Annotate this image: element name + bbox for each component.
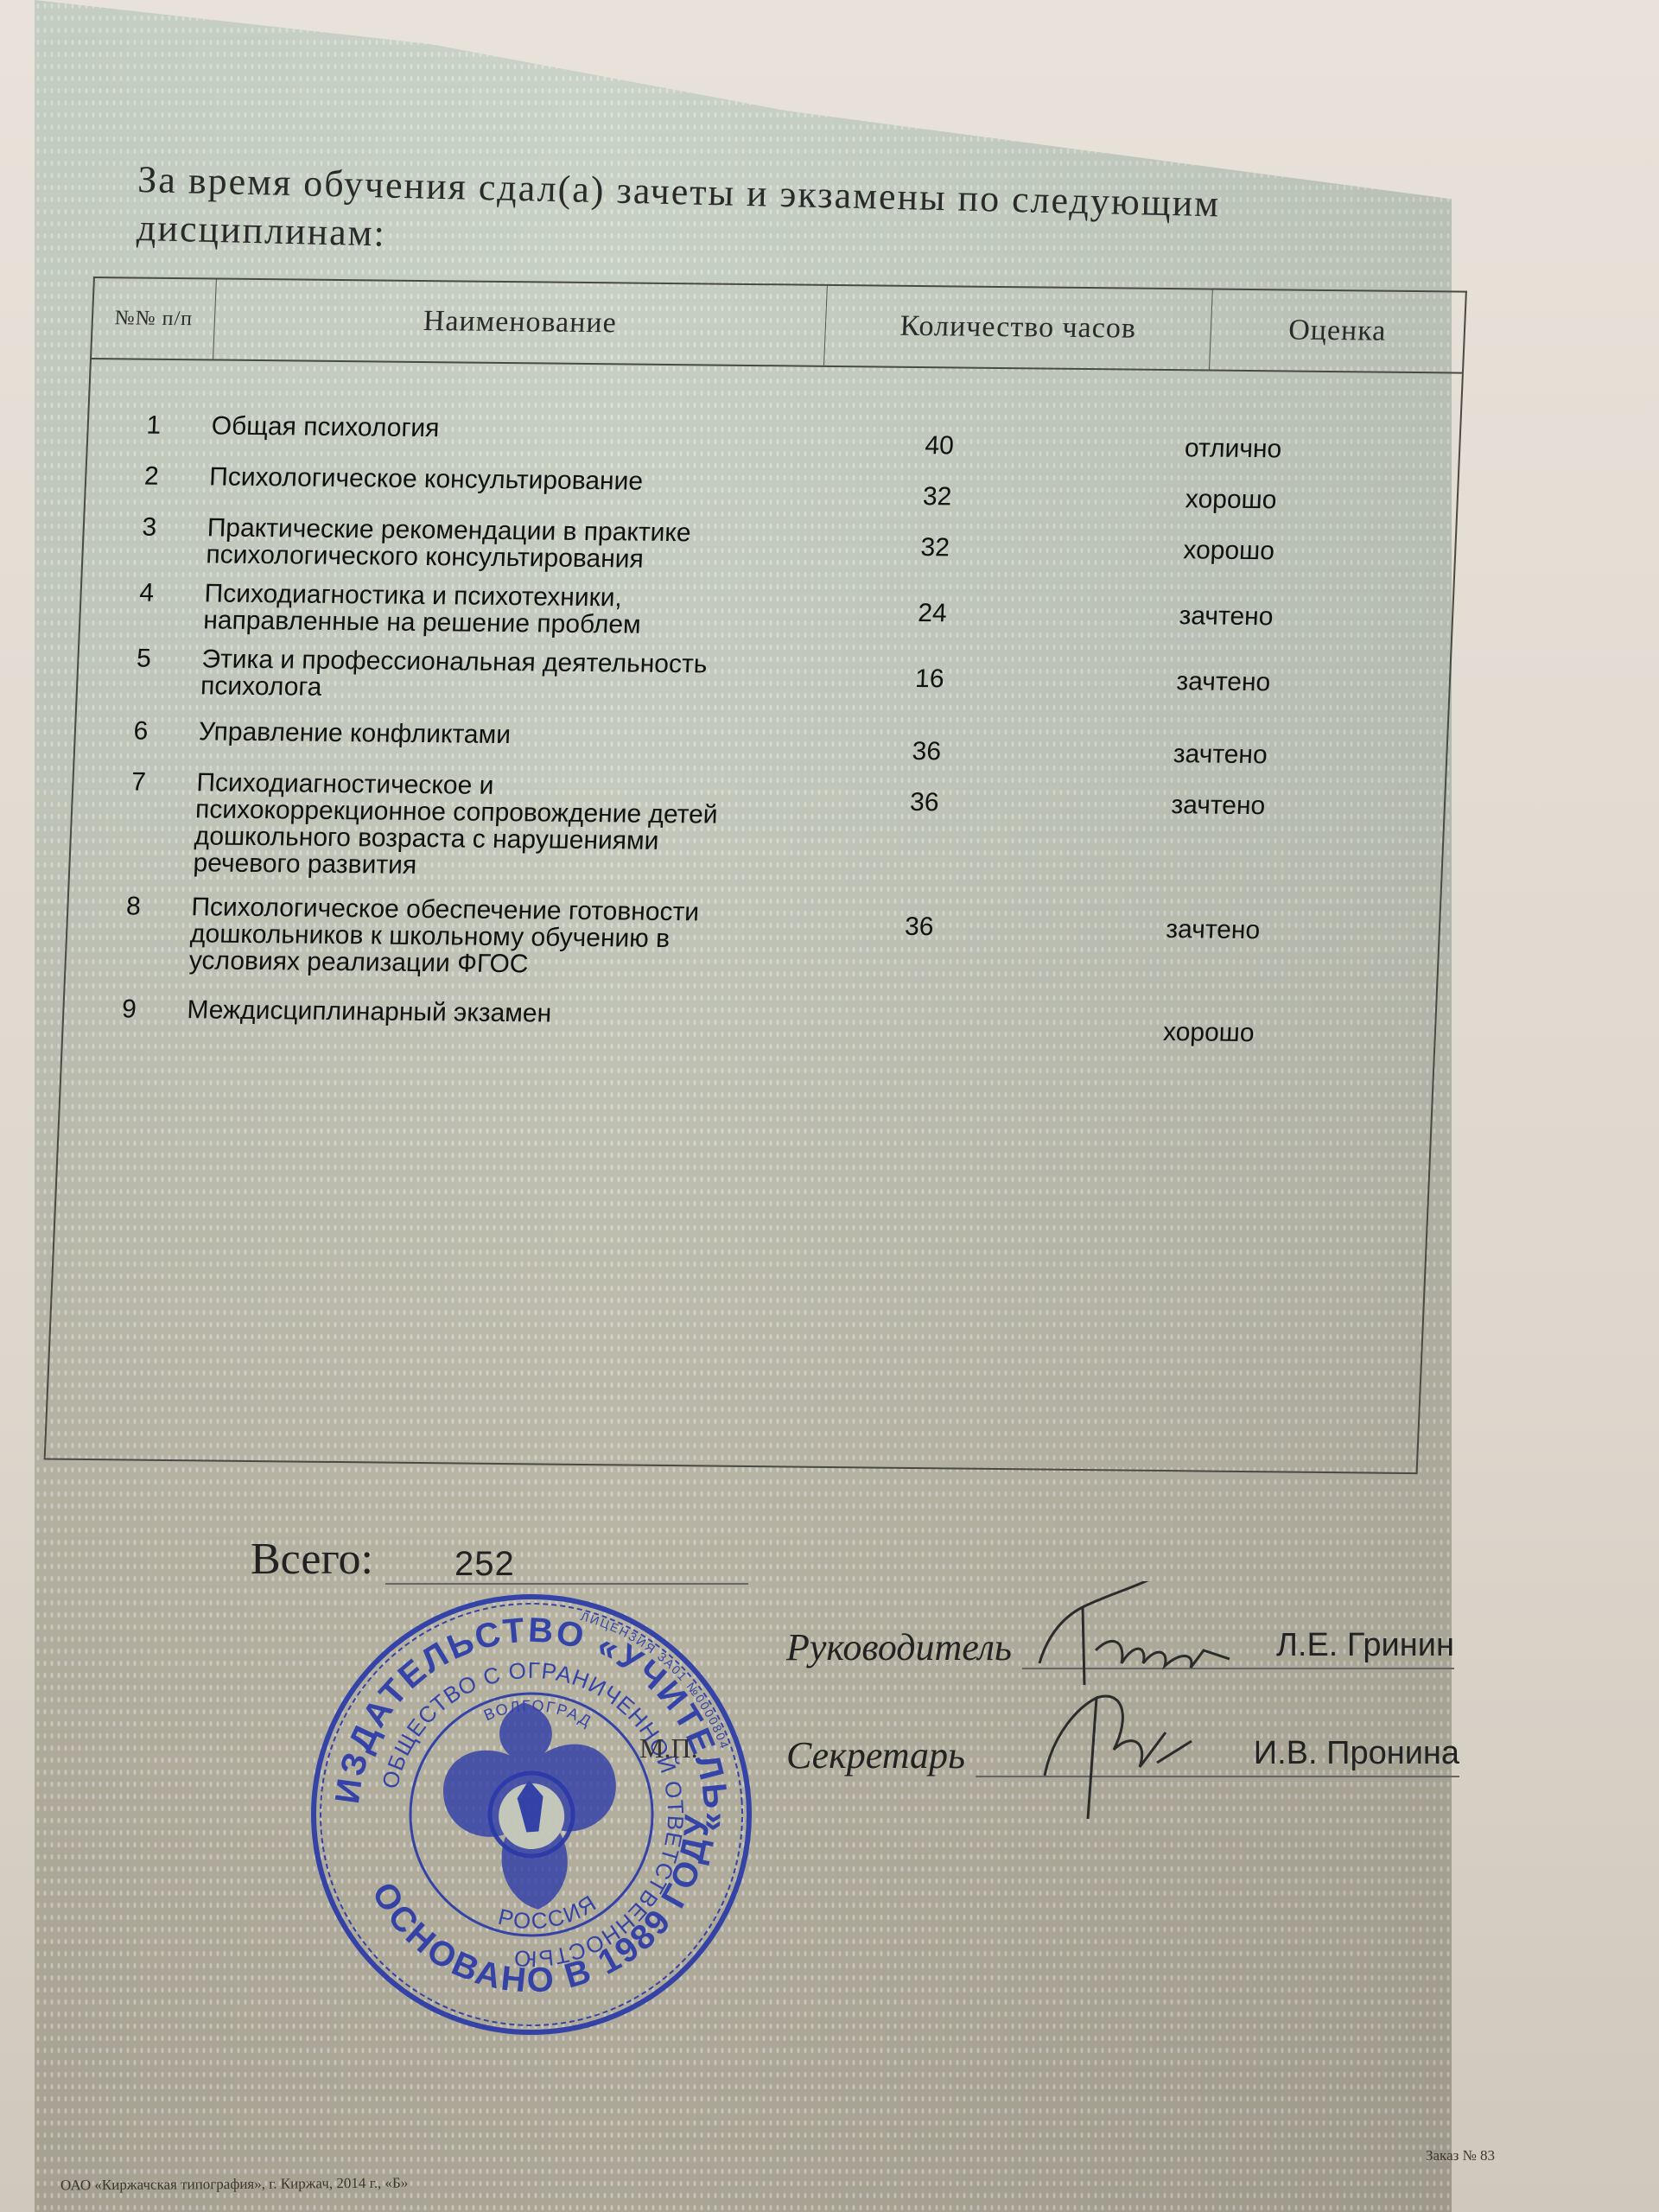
disciplines-grid: №№ п/п Наименование Количество часов Оце… <box>44 276 1467 1474</box>
discipline-name: Психодиагностическое и психокоррекционно… <box>182 769 748 882</box>
head-signature-field: Л.Е. Гринин <box>1022 1624 1454 1669</box>
hours-value: 24 <box>754 586 1111 643</box>
grade-value: зачтено <box>1105 655 1341 711</box>
row-number: 2 <box>86 462 200 502</box>
grade-value: зачтено <box>1098 779 1336 888</box>
grade-value: отлично <box>1116 422 1351 463</box>
table-row: 6Управление конфликтами36зачтено <box>75 717 1447 771</box>
discipline-name: Психологическое обеспечение готовности д… <box>178 893 743 980</box>
table-row: 5Этика и профессиональная деятельность п… <box>78 645 1451 713</box>
table-row: 9Междисциплинарный экзаменхорошо <box>63 995 1435 1049</box>
row-number: 9 <box>63 995 177 1035</box>
printer-imprint: ОАО «Киржачская типография», г. Киржач, … <box>60 2175 408 2195</box>
table-body: 1Общая психология40отлично2Психологическ… <box>45 359 1463 1473</box>
discipline-name: Междисциплинарный экзамен <box>175 996 739 1041</box>
discipline-name: Психологическое консультирование <box>198 463 761 508</box>
table-row: 4Психодиагностика и психотехники, направ… <box>80 579 1453 647</box>
column-header-grade: Оценка <box>1209 289 1466 373</box>
total-hours: Всего: 252 <box>251 1534 748 1585</box>
hours-value: 36 <box>744 775 1103 886</box>
disciplines-table: №№ п/п Наименование Количество часов Оце… <box>44 276 1467 1474</box>
head-signature-line: Руководитель Л.Е. Гринин <box>786 1624 1454 1669</box>
grade-value: хорошо <box>1114 473 1349 514</box>
table-row: 2Психологическое консультирование32хорош… <box>86 462 1458 516</box>
secretary-signature-field: И.В. Пронина <box>976 1732 1459 1777</box>
secretary-name: И.В. Пронина <box>1254 1735 1459 1772</box>
hours-value: 16 <box>752 652 1109 709</box>
column-header-number: №№ п/п <box>91 277 216 359</box>
table-header-row: №№ п/п Наименование Количество часов Оце… <box>91 277 1466 373</box>
row-number: 5 <box>78 645 193 699</box>
secretary-signature-scribble <box>1027 1681 1200 1827</box>
row-number: 6 <box>75 717 189 757</box>
column-header-hours: Количество часов <box>823 285 1212 371</box>
hours-value: 32 <box>760 469 1116 512</box>
table-row: 3Практические рекомендации в практике пс… <box>83 513 1456 582</box>
discipline-name: Управление конфликтами <box>188 718 751 763</box>
grade-value: зачтено <box>1109 589 1344 645</box>
discipline-name: Общая психология <box>200 412 764 457</box>
grade-value: зачтено <box>1103 728 1338 769</box>
grade-value: зачтено <box>1094 903 1331 986</box>
discipline-name: Этика и профессиональная деятельность пс… <box>190 645 754 705</box>
row-number: 4 <box>80 579 195 633</box>
table-row: 7Психодиагностическое и психокоррекционн… <box>70 768 1445 890</box>
hours-value: 36 <box>749 724 1105 766</box>
secretary-role: Секретарь <box>786 1733 965 1777</box>
grade-value: хорошо <box>1091 1006 1326 1047</box>
head-role: Руководитель <box>786 1625 1012 1669</box>
hours-value <box>737 1002 1093 1045</box>
discipline-name: Психодиагностика и психотехники, направл… <box>193 580 757 639</box>
discipline-name: Практические рекомендации в практике пси… <box>195 514 760 574</box>
row-number: 8 <box>66 893 181 974</box>
hours-value: 36 <box>740 899 1097 983</box>
row-number: 7 <box>70 768 187 876</box>
secretary-signature-line: Секретарь И.В. Пронина <box>786 1732 1459 1777</box>
grade-value: хорошо <box>1111 524 1347 580</box>
organization-seal: ЛИЦЕНЗИЯ ЗА01 №0000804 ИЗДАТЕЛЬСТВО «УЧИ… <box>291 1574 771 2054</box>
table-row: 1Общая психология40отлично <box>88 411 1460 465</box>
column-header-name: Наименование <box>213 278 827 365</box>
head-name: Л.Е. Гринин <box>1276 1627 1454 1664</box>
hours-value: 32 <box>757 520 1114 577</box>
order-number: Заказ № 83 <box>1426 2147 1495 2164</box>
hours-value: 40 <box>762 418 1118 461</box>
table-row: 8Психологическое обеспечение готовности … <box>66 893 1440 988</box>
total-label: Всего: <box>251 1534 373 1585</box>
row-number: 1 <box>88 411 202 451</box>
row-number: 3 <box>83 513 198 568</box>
seal-mp-mark: М.П. <box>639 1732 698 1764</box>
